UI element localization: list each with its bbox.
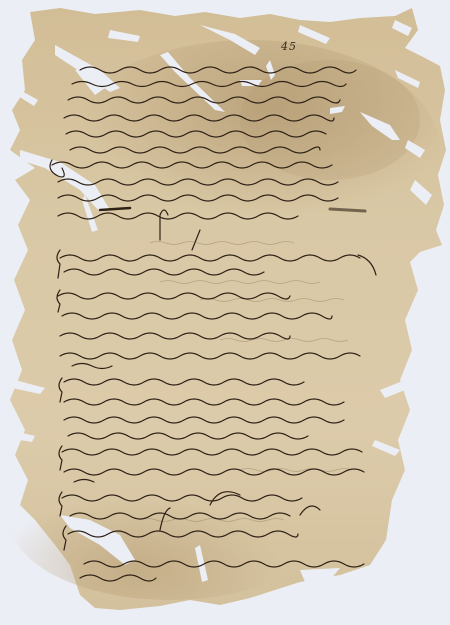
folio-number: 45	[281, 40, 297, 53]
manuscript-scan: 45	[0, 0, 450, 625]
parchment-page	[0, 0, 450, 625]
